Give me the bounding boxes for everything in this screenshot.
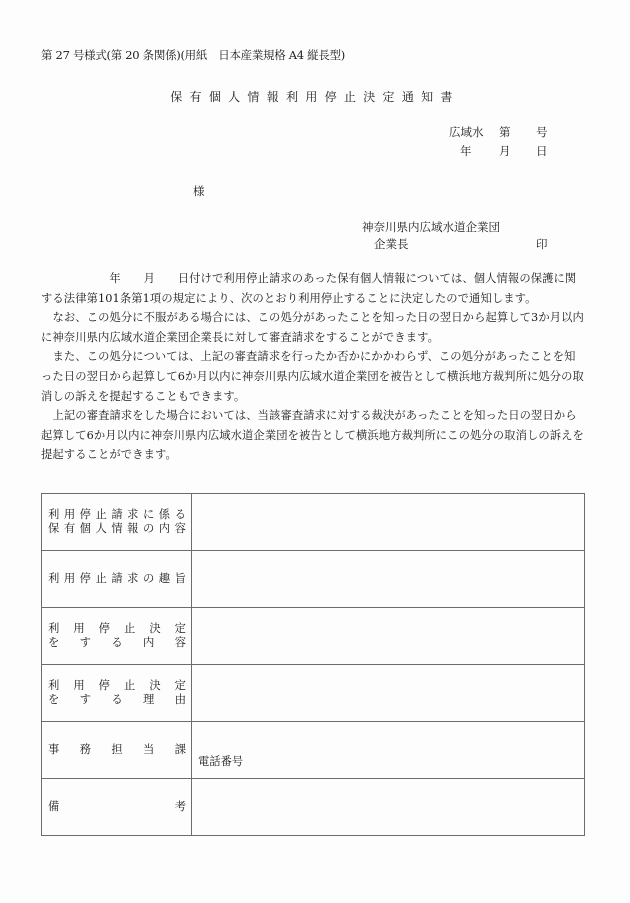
row-label-responsible-section: 事務担当課: [42, 722, 192, 779]
table-row: 事務担当課 電話番号: [42, 722, 585, 779]
body-paragraph-1: 年 月 日付けで利用停止請求のあった保有個人情報については、個人情報の保護に関す…: [41, 269, 586, 308]
date-month: 月: [499, 143, 511, 159]
label-line: 利用停止決定: [48, 679, 186, 693]
label-line: 備考: [48, 800, 186, 814]
sender-title: 企業長: [374, 236, 409, 252]
body-paragraph-2: なお、この処分に不服がある場合には、この処分があったことを知った日の翌日から起算…: [41, 308, 586, 347]
document-title: 保有個人情報利用停止決定通知書: [0, 88, 630, 105]
value-cell-responsible-section[interactable]: 電話番号: [192, 722, 585, 779]
form-number-label: 第 27 号様式(第 20 条関係)(用紙 日本産業規格 A4 縦長型): [41, 47, 345, 63]
table-row: 利用停止請求の趣旨: [42, 551, 585, 608]
label-line: をする理由: [48, 693, 186, 707]
value-cell-decision-content[interactable]: [192, 608, 585, 665]
body-paragraph-3: また、この処分については、上記の審査請求を行ったか否かにかかわらず、この処分があ…: [41, 347, 586, 406]
addressee-honorific: 様: [193, 183, 205, 199]
reference-number-go: 号: [536, 124, 548, 140]
label-line: 利用停止請求の趣旨: [48, 572, 186, 586]
body-paragraph-4: 上記の審査請求をした場合においては、当該審査請求に対する裁決があったことを知った…: [41, 406, 586, 465]
row-label-decision-reason: 利用停止決定 をする理由: [42, 665, 192, 722]
row-label-remarks: 備考: [42, 779, 192, 836]
row-label-request-purpose: 利用停止請求の趣旨: [42, 551, 192, 608]
table-row: 利用停止決定 をする理由: [42, 665, 585, 722]
label-line: 保有個人情報の内容: [48, 522, 186, 536]
sender-organization: 神奈川県内広域水道企業団: [362, 219, 500, 235]
table-row: 備考: [42, 779, 585, 836]
row-label-personal-info-content: 利用停止請求に係る 保有個人情報の内容: [42, 494, 192, 551]
label-line: 利用停止決定: [48, 622, 186, 636]
reference-number-prefix: 広域水: [449, 124, 484, 140]
label-line: をする内容: [48, 636, 186, 650]
table-row: 利用停止決定 をする内容: [42, 608, 585, 665]
label-line: 利用停止請求に係る: [48, 508, 186, 522]
date-year: 年: [460, 143, 472, 159]
table-row: 利用停止請求に係る 保有個人情報の内容: [42, 494, 585, 551]
decision-details-table: 利用停止請求に係る 保有個人情報の内容 利用停止請求の趣旨 利用停止決定 をする…: [41, 493, 585, 836]
value-cell-decision-reason[interactable]: [192, 665, 585, 722]
reference-number-dai: 第: [499, 124, 511, 140]
date-day: 日: [536, 143, 548, 159]
row-label-decision-content: 利用停止決定 をする内容: [42, 608, 192, 665]
phone-number-label: 電話番号: [198, 753, 243, 769]
label-line: 事務担当課: [48, 743, 186, 757]
seal-mark: 印: [536, 236, 548, 252]
value-cell-personal-info-content[interactable]: [192, 494, 585, 551]
value-cell-remarks[interactable]: [192, 779, 585, 836]
value-cell-request-purpose[interactable]: [192, 551, 585, 608]
notice-body: 年 月 日付けで利用停止請求のあった保有個人情報については、個人情報の保護に関す…: [41, 269, 586, 465]
